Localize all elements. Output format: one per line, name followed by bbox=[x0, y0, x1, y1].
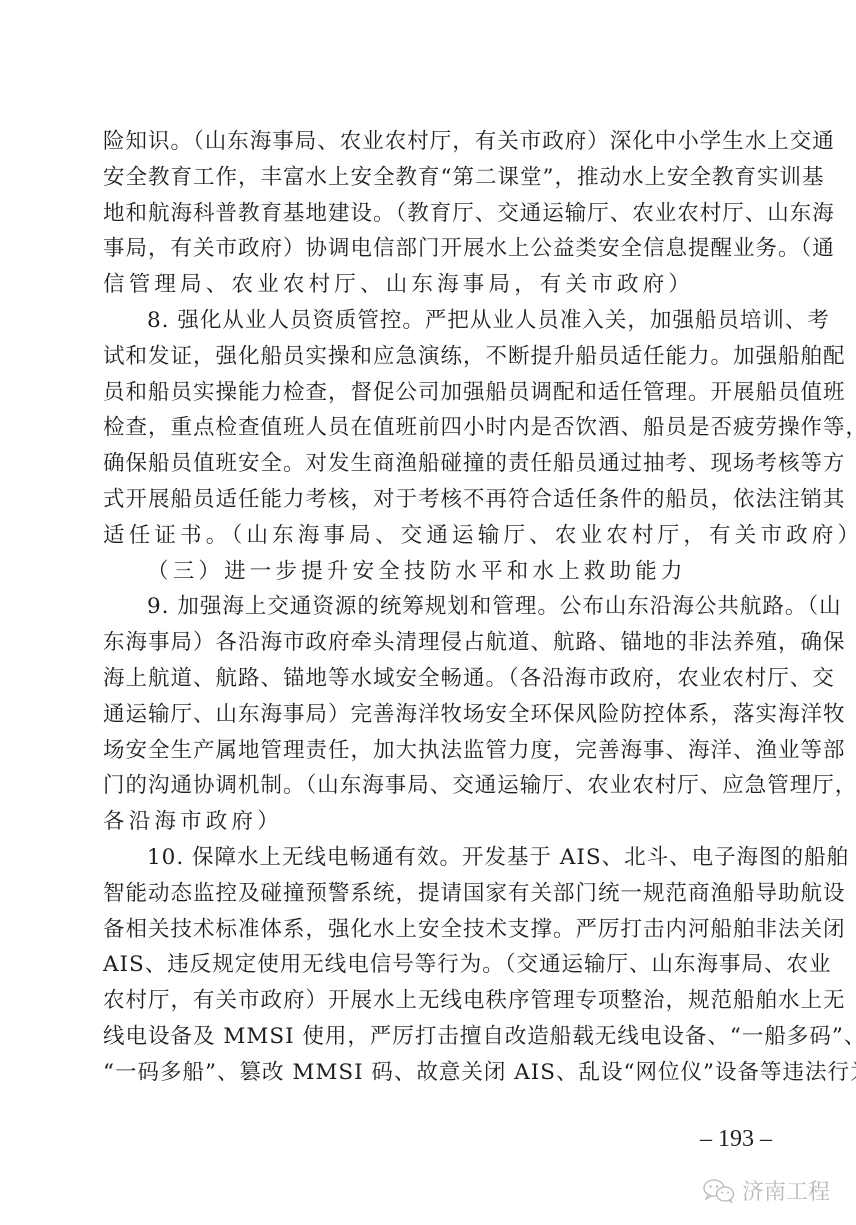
text-line: 险知识。（山东海事局、农业农村厅，有关市政府）深化中小学生水上交通 bbox=[103, 124, 765, 160]
text-line: 农村厅，有关市政府）开展水上无线电秩序管理专项整治，规范船舶水上无 bbox=[103, 983, 765, 1019]
text-line: 适任证书。（山东海事局、交通运输厅、农业农村厅，有关市政府） bbox=[103, 518, 765, 554]
section-9-title-line: 9. 加强海上交通资源的统筹规划和管理。公布山东沿海公共航路。（山 bbox=[103, 589, 765, 625]
text-line: 安全教育工作，丰富水上安全教育“第二课堂”，推动水上安全教育实训基 bbox=[103, 160, 765, 196]
text-line: 东海事局）各沿海市政府牵头清理侵占航道、航路、锚地的非法养殖，确保 bbox=[103, 625, 765, 661]
page-number: – 193 – bbox=[700, 1126, 772, 1153]
section-8-title-line: 8. 强化从业人员资质管控。严把从业人员准入关，加强船员培训、考 bbox=[103, 303, 765, 339]
document-body: 险知识。（山东海事局、农业农村厅，有关市政府）深化中小学生水上交通 安全教育工作… bbox=[103, 124, 765, 1091]
text-line: 式开展船员适任能力考核，对于考核不再符合适任条件的船员，依法注销其 bbox=[103, 482, 765, 518]
text-line: 员和船员实操能力检查，督促公司加强船员调配和适任管理。开展船员值班 bbox=[103, 375, 765, 411]
text-line: 事局，有关市政府）协调电信部门开展水上公益类安全信息提醒业务。（通 bbox=[103, 231, 765, 267]
text-line: 信管理局、农业农村厅、山东海事局，有关市政府） bbox=[103, 267, 765, 303]
text-line: 各沿海市政府） bbox=[103, 804, 765, 840]
watermark: 济南工程 bbox=[702, 1175, 830, 1206]
text-line: 通运输厅、山东海事局）完善海洋牧场安全环保风险防控体系，落实海洋牧 bbox=[103, 697, 765, 733]
text-line: “一码多船”、篡改 MMSI 码、故意关闭 AIS、乱设“网位仪”设备等违法行为… bbox=[103, 1055, 765, 1091]
section-heading: （三）进一步提升安全技防水平和水上救助能力 bbox=[103, 554, 765, 590]
text-line: 检查，重点检查值班人员在值班前四小时内是否饮酒、船员是否疲劳操作等， bbox=[103, 410, 765, 446]
text-line: 地和航海科普教育基地建设。（教育厅、交通运输厅、农业农村厅、山东海 bbox=[103, 196, 765, 232]
section-10-title-line: 10. 保障水上无线电畅通有效。开发基于 AIS、北斗、电子海图的船舶 bbox=[103, 840, 765, 876]
text-line: AIS、违反规定使用无线电信号等行为。（交通运输厅、山东海事局、农业 bbox=[103, 947, 765, 983]
text-line: 智能动态监控及碰撞预警系统，提请国家有关部门统一规范商渔船导助航设 bbox=[103, 876, 765, 912]
text-line: 备相关技术标准体系，强化水上安全技术支撑。严厉打击内河船舶非法关闭 bbox=[103, 912, 765, 948]
text-line: 门的沟通协调机制。（山东海事局、交通运输厅、农业农村厅、应急管理厅， bbox=[103, 768, 765, 804]
text-line: 确保船员值班安全。对发生商渔船碰撞的责任船员通过抽考、现场考核等方 bbox=[103, 446, 765, 482]
watermark-label: 济南工程 bbox=[742, 1175, 830, 1206]
text-line: 试和发证，强化船员实操和应急演练，不断提升船员适任能力。加强船舶配 bbox=[103, 339, 765, 375]
text-line: 线电设备及 MMSI 使用，严厉打击擅自改造船载无线电设备、“一船多码”、 bbox=[103, 1019, 765, 1055]
text-line: 场安全生产属地管理责任，加大执法监管力度，完善海事、海洋、渔业等部 bbox=[103, 733, 765, 769]
wechat-icon bbox=[702, 1177, 736, 1205]
text-line: 海上航道、航路、锚地等水域安全畅通。（各沿海市政府，农业农村厅、交 bbox=[103, 661, 765, 697]
